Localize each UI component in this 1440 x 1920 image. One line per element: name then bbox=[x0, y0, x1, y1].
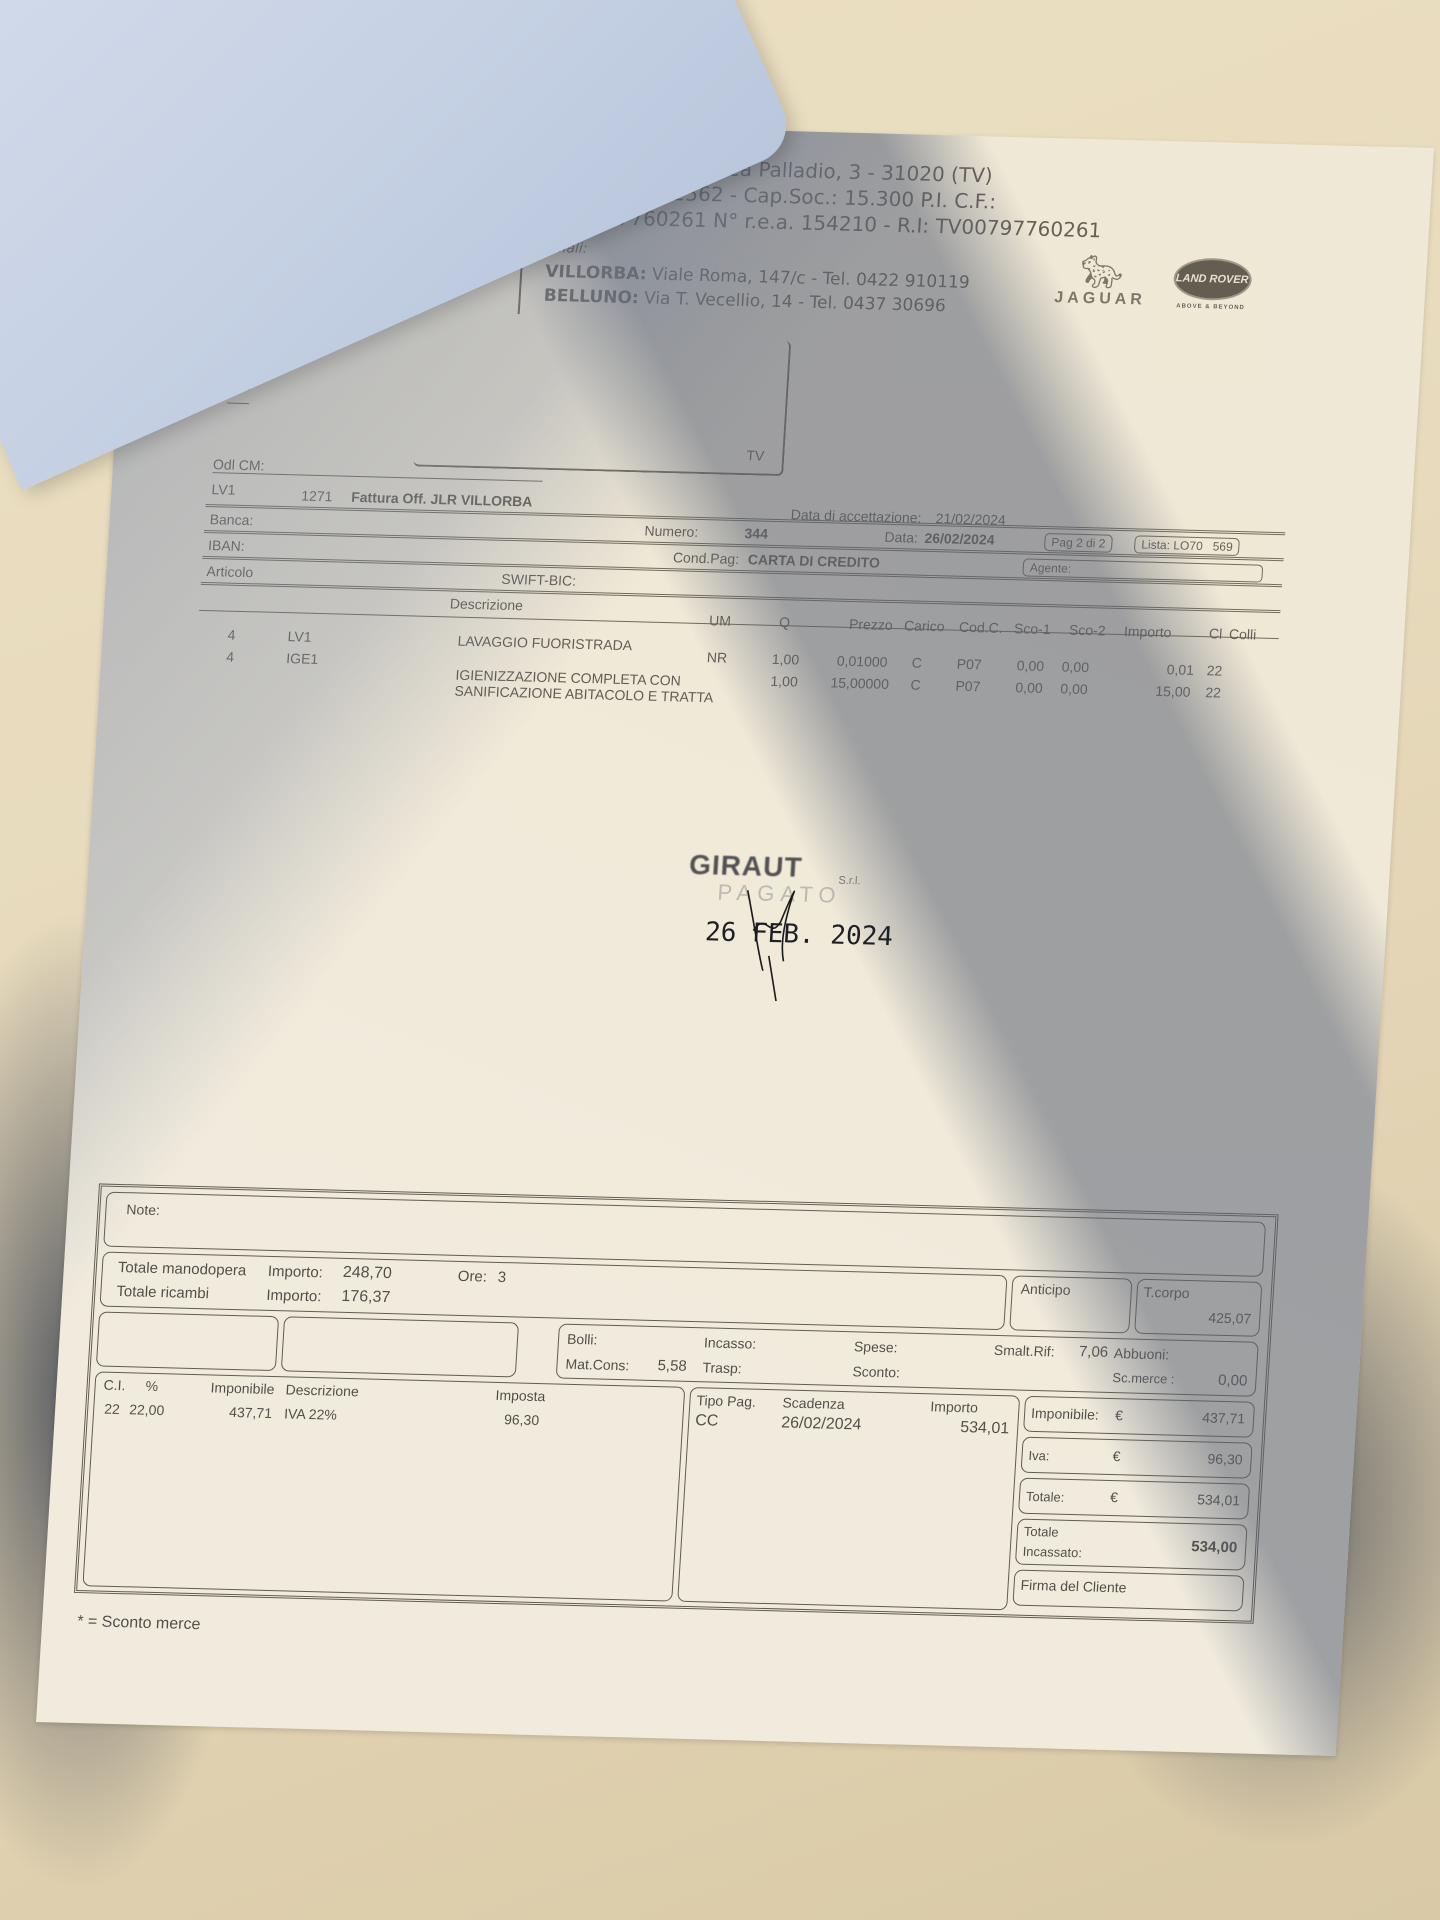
cell-cl: 22 bbox=[1205, 684, 1222, 700]
pay-scadenza: 26/02/2024 bbox=[781, 1414, 862, 1434]
goods-discount-value: 0,00 bbox=[1218, 1372, 1248, 1390]
cell-prezzo: 15,00000 bbox=[830, 674, 889, 692]
col-q: Q bbox=[779, 614, 791, 630]
bank-label: Banca: bbox=[209, 511, 254, 528]
invoice-date-label: Data: bbox=[884, 529, 918, 546]
cell-sco1: 0,00 bbox=[1015, 679, 1043, 696]
customer-province: TV bbox=[746, 447, 765, 463]
branches: Filiali: VILLORBA: Viale Roma, 147/c - T… bbox=[543, 235, 972, 319]
hours-value: 3 bbox=[497, 1269, 506, 1286]
col-descrizione: Descrizione bbox=[449, 595, 523, 613]
vat-col-imponibile: Imponibile bbox=[210, 1379, 275, 1397]
branch-name: BELLUNO: bbox=[543, 286, 639, 308]
col-carico: Carico bbox=[904, 617, 945, 634]
iban-label: IBAN: bbox=[208, 537, 246, 554]
labor-total-value: 248,70 bbox=[342, 1264, 392, 1283]
col-codc: Cod.C. bbox=[959, 619, 1004, 636]
vat-imponibile: 437,71 bbox=[229, 1404, 273, 1421]
vat-col-ci: C.I. bbox=[103, 1377, 126, 1394]
col-prezzo: Prezzo bbox=[849, 616, 894, 633]
vat-col-imposta: Imposta bbox=[495, 1387, 546, 1404]
col-cl: Cl bbox=[1209, 625, 1223, 641]
paid-stamp: GIRAUT S.r.l. PAGATO 26 FEB. 2024 bbox=[682, 849, 910, 995]
doc-code: 1271 bbox=[301, 488, 333, 505]
notes-label: Note: bbox=[126, 1201, 160, 1218]
consumables-value: 5,58 bbox=[657, 1357, 687, 1375]
collected-value: 534,00 bbox=[1191, 1538, 1238, 1556]
vat-pct: 22,00 bbox=[129, 1401, 165, 1418]
euro-sign: € bbox=[1112, 1448, 1121, 1464]
invoice-number: 344 bbox=[744, 525, 768, 542]
col-sco2: Sco-2 bbox=[1069, 622, 1107, 639]
pay-col-tipo: Tipo Pag. bbox=[696, 1392, 756, 1410]
payment-box: Tipo Pag. Scadenza Importo CC 26/02/2024… bbox=[677, 1387, 1020, 1610]
signature-label: Firma del Cliente bbox=[1020, 1577, 1127, 1596]
acceptance-date: 21/02/2024 bbox=[935, 510, 1006, 528]
land-rover-oval: LAND ROVER bbox=[1172, 257, 1253, 301]
branch-name: VILLORBA: bbox=[545, 262, 647, 285]
collected-box: Totale Incassato: 534,00 bbox=[1015, 1519, 1248, 1571]
col-importo: Importo bbox=[1124, 623, 1172, 640]
parts-total-value: 176,37 bbox=[341, 1288, 391, 1307]
labor-importo-label: Importo: bbox=[267, 1263, 323, 1281]
allowances-label: Abbuoni: bbox=[1113, 1345, 1169, 1362]
site-code: LV1 bbox=[211, 481, 236, 498]
taxable-label: Imponibile: bbox=[1031, 1405, 1100, 1423]
grand-total-box: Totale: € 534,01 bbox=[1018, 1478, 1250, 1520]
body-total-label: T.corpo bbox=[1143, 1284, 1190, 1301]
cell-descrizione: LAVAGGIO FUORISTRADA bbox=[457, 633, 632, 654]
euro-sign: € bbox=[1110, 1489, 1119, 1505]
price-list: Lista: LO70 569 bbox=[1134, 535, 1241, 556]
empty-box-2 bbox=[281, 1316, 519, 1377]
advance-label: Anticipo bbox=[1020, 1281, 1071, 1298]
parts-total-label: Totale ricambi bbox=[116, 1283, 210, 1302]
hours-label: Ore: bbox=[457, 1268, 487, 1286]
disposal-value: 7,06 bbox=[1078, 1343, 1108, 1361]
body-total-value: 425,07 bbox=[1208, 1310, 1252, 1327]
labor-total-label: Totale manodopera bbox=[117, 1259, 246, 1279]
transport-label: Trasp: bbox=[702, 1359, 742, 1376]
col-colli: Colli bbox=[1229, 626, 1257, 643]
pay-importo: 534,01 bbox=[960, 1419, 1010, 1438]
consumables-label: Mat.Cons: bbox=[565, 1356, 630, 1374]
invoice-date: 26/02/2024 bbox=[924, 530, 995, 548]
cell-importo: 15,00 bbox=[1155, 683, 1191, 700]
page-indicator: Pag 2 di 2 bbox=[1044, 533, 1113, 553]
goods-discount-label: Sc.merce : bbox=[1112, 1370, 1175, 1387]
cell-articolo: IGE1 bbox=[286, 650, 319, 667]
price-list-code: LO70 bbox=[1173, 538, 1203, 553]
vat-breakdown-box: C.I. % Imponibile Descrizione Imposta 22… bbox=[82, 1371, 685, 1601]
customer-address-box: TV bbox=[413, 332, 791, 477]
price-list-label: Lista: bbox=[1141, 538, 1171, 553]
articolo-header: Articolo bbox=[206, 563, 254, 580]
taxable-box: Imponibile: € 437,71 bbox=[1023, 1396, 1255, 1438]
pay-tipo: CC bbox=[695, 1412, 719, 1431]
expenses-label: Spese: bbox=[854, 1338, 899, 1355]
invoice-number-label: Numero: bbox=[644, 523, 699, 540]
totals-section: Note: Totale manodopera Importo: 248,70 … bbox=[74, 1183, 1279, 1623]
vat-col-pct: % bbox=[145, 1378, 158, 1394]
document-header-rows: LV1 1271 Fattura Off. JLR VILLORBA Data … bbox=[199, 481, 1287, 639]
discount-label: Sconto: bbox=[852, 1363, 900, 1380]
cell-descrizione: IGIENIZZAZIONE COMPLETA CON SANIFICAZION… bbox=[454, 667, 716, 706]
pay-col-importo: Importo bbox=[930, 1398, 978, 1415]
price-list-number: 569 bbox=[1212, 539, 1233, 554]
parts-importo-label: Importo: bbox=[266, 1287, 322, 1305]
land-rover-tagline: ABOVE & BEYOND bbox=[1171, 303, 1249, 311]
col-um: UM bbox=[709, 612, 732, 629]
vat-box: Iva: € 96,30 bbox=[1021, 1437, 1253, 1479]
collection-label: Incasso: bbox=[704, 1334, 757, 1351]
collected-label-1: Totale bbox=[1023, 1524, 1059, 1540]
jaguar-logo: 🐆︎ JAGUAR bbox=[1054, 253, 1149, 309]
cell-carico: C bbox=[910, 677, 921, 693]
jaguar-wordmark: JAGUAR bbox=[1054, 289, 1147, 309]
branch-address: Via T. Vecellio, 14 - Tel. 0437 30696 bbox=[643, 288, 946, 316]
payment-terms-label: Cond.Pag: bbox=[673, 549, 740, 567]
body-total-box: T.corpo 425,07 bbox=[1134, 1279, 1262, 1337]
euro-sign: € bbox=[1115, 1407, 1124, 1423]
taxable-value: 437,71 bbox=[1202, 1409, 1246, 1426]
grand-total-value: 534,01 bbox=[1197, 1491, 1241, 1508]
customer-signature-box: Firma del Cliente bbox=[1012, 1570, 1244, 1612]
vat-col-descrizione: Descrizione bbox=[285, 1381, 359, 1399]
collected-label-2: Incassato: bbox=[1022, 1544, 1082, 1561]
signature-icon bbox=[721, 860, 830, 1002]
grand-total-label: Totale: bbox=[1026, 1489, 1065, 1505]
footnote: * = Sconto merce bbox=[77, 1613, 201, 1634]
vat-label: Iva: bbox=[1028, 1448, 1050, 1464]
doc-type: Fattura Off. JLR VILLORBA bbox=[351, 489, 533, 510]
empty-box-1 bbox=[96, 1311, 279, 1371]
vat-value: 96,30 bbox=[1207, 1451, 1243, 1468]
land-rover-logo: LAND ROVER ABOVE & BEYOND bbox=[1171, 257, 1252, 311]
cell-sco2: 0,00 bbox=[1060, 680, 1088, 697]
cell-qty-code: 4 bbox=[226, 649, 235, 665]
disposal-label: Smalt.Rif: bbox=[993, 1342, 1055, 1360]
cell-q: 1,00 bbox=[770, 673, 798, 690]
pay-col-scadenza: Scadenza bbox=[782, 1394, 845, 1412]
cell-codc: P07 bbox=[955, 678, 981, 695]
agent-field: Agente: bbox=[1022, 558, 1263, 582]
vat-descrizione: IVA 22% bbox=[284, 1405, 338, 1422]
cell-qty-code: 4 bbox=[227, 627, 236, 643]
stamp-duty-label: Bolli: bbox=[567, 1331, 598, 1348]
leaping-cat-icon: 🐆︎ bbox=[1055, 253, 1149, 291]
col-sco1: Sco-1 bbox=[1014, 620, 1052, 637]
payment-terms: CARTA DI CREDITO bbox=[747, 551, 880, 570]
swift-label: SWIFT-BIC: bbox=[501, 571, 577, 589]
brand-logos: 🐆︎ JAGUAR LAND ROVER ABOVE & BEYOND bbox=[1054, 253, 1253, 312]
advance-box: Anticipo bbox=[1009, 1275, 1132, 1333]
vat-ci: 22 bbox=[104, 1401, 121, 1417]
cell-articolo: LV1 bbox=[287, 628, 312, 645]
items-table: 4 LV1 LAVAGGIO FUORISTRADA NR 1,00 0,010… bbox=[208, 626, 1283, 736]
vat-imposta: 96,30 bbox=[504, 1411, 540, 1428]
